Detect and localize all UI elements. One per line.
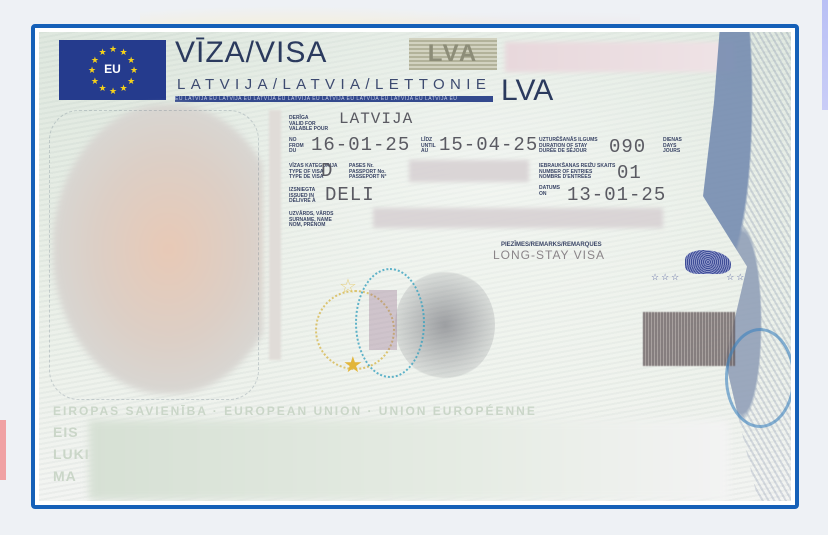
value-until: 15-04-25 xyxy=(439,134,538,156)
value-type-of-visa: D xyxy=(321,160,333,182)
label-surname-name: UZVĀRDS, VĀRDS SURNAME, NAME NOM, PRÉNOM xyxy=(289,212,333,229)
lva-hologram: LVA xyxy=(409,38,497,70)
stars-row-icon: ☆☆☆ ☆☆ xyxy=(651,272,746,283)
label-passport-no: PASES Nr. PASSPORT No. PASSEPORT N° xyxy=(349,164,386,181)
star-outline-icon: ☆ xyxy=(339,274,357,299)
label-issued-in: IZSNIEGTA ISSUED IN DÉLIVRÉ À xyxy=(289,188,316,205)
value-number-of-entries: 01 xyxy=(617,162,642,184)
mrz-line-2-prefix: LUKI xyxy=(53,446,90,462)
redacted-passport-no xyxy=(409,160,529,182)
star-icon: ★ xyxy=(343,352,363,378)
redacted-area-top xyxy=(505,42,735,72)
label-valid-for: DERĪGA VALID FOR VALABLE POUR xyxy=(289,116,328,133)
eu-star-icon: ★ xyxy=(109,87,117,96)
eu-star-icon: ★ xyxy=(91,77,99,86)
official-stamp xyxy=(725,328,791,428)
eu-star-icon: ★ xyxy=(99,84,107,93)
eu-flag-icon: ★★★★★★★★★★★★ EU xyxy=(59,40,166,100)
visa-title: VĪZA/VISA xyxy=(175,36,327,70)
microprint-line: EU LATVIJA EU LATVIJA EU LATVIJA EU LATV… xyxy=(175,96,493,102)
value-date-of-issue: 13-01-25 xyxy=(567,184,666,206)
country-code: LVA xyxy=(501,74,553,108)
mrz-line-1-prefix: EIS xyxy=(53,424,79,440)
eu-star-icon: ★ xyxy=(109,45,117,54)
redacted-surname-name xyxy=(373,208,663,228)
value-from: 16-01-25 xyxy=(311,134,410,156)
label-from: NO FROM DU xyxy=(289,138,304,155)
background-edge-right xyxy=(822,0,828,110)
value-duration: 090 xyxy=(609,136,646,158)
eu-star-icon: ★ xyxy=(99,48,107,57)
eu-star-icon: ★ xyxy=(127,77,135,86)
redacted-mrz xyxy=(89,420,729,500)
value-remarks: LONG-STAY VISA xyxy=(493,248,605,262)
label-until: LĪDZ UNTIL AU xyxy=(421,138,436,155)
eu-emblem-text: EU xyxy=(59,62,166,76)
redacted-strip xyxy=(269,110,281,360)
mrz-line-3-prefix: MA xyxy=(53,468,77,484)
background-edge-left xyxy=(0,420,6,480)
label-date-of-issue: DATUMS ON xyxy=(539,186,560,197)
issuing-state: LATVIJA/LATVIA/LETTONIE xyxy=(177,76,491,93)
2d-barcode xyxy=(643,312,735,366)
label-number-of-entries: IEBRAUKŠANAS REIŽU SKAITS NUMBER OF ENTR… xyxy=(539,164,615,181)
label-duration: UZTURĒŠANĀS ILGUMS DURATION OF STAY DURÉ… xyxy=(539,138,598,155)
visa-highlight-frame: ★★★★★★★★★★★★ EU VĪZA/VISA LVA LATVIJA/LA… xyxy=(31,24,799,509)
seal-core xyxy=(369,290,397,350)
mrz-header: EIROPAS SAVIENĪBA · EUROPEAN UNION · UNI… xyxy=(53,404,537,418)
security-seal: ★ ☆ xyxy=(295,260,495,390)
visa-sticker: ★★★★★★★★★★★★ EU VĪZA/VISA LVA LATVIJA/LA… xyxy=(39,32,791,501)
eu-star-icon: ★ xyxy=(120,84,128,93)
label-days: DIENAS DAYS JOURS xyxy=(663,138,682,155)
value-valid-for: LATVIJA xyxy=(339,110,413,128)
photo-guilloche-frame xyxy=(49,110,259,400)
value-issued-in: DELI xyxy=(325,184,375,206)
lion-icon xyxy=(685,250,731,274)
